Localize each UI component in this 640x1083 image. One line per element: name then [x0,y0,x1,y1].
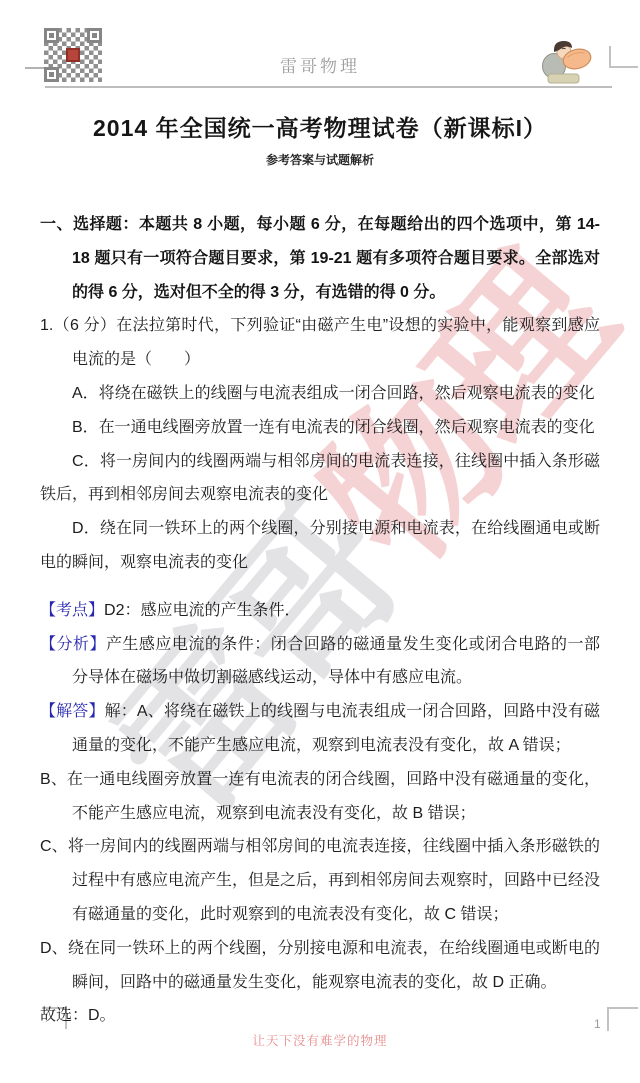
document-body: 2014 年全国统一高考物理试卷（新课标I） 参考答案与试题解析 一、选择题：本… [40,106,600,1033]
spacer [40,580,600,594]
solution-label: 【解答】 [40,703,105,720]
document-page: 雷哥物理 雷哥物理 2014 年全国统一高考物理试卷（新课标I） 参考答案与试题… [0,0,640,1083]
mascot-illustration [541,35,593,85]
analysis-row: 【分析】产生感应电流的条件：闭合回路的磁通量发生变化或闭合电路的一部分导体在磁场… [40,628,600,696]
solution-conclusion: 故选：D。 [40,999,600,1033]
analysis-text: 产生感应电流的条件：闭合回路的磁通量发生变化或闭合电路的一部分导体在磁场中做切割… [72,636,600,687]
solution-item-b: B、在一通电线圈旁放置一连有电流表的闭合线圈，回路中没有磁通量的变化，不能产生感… [40,763,600,831]
question-option-a: A．将绕在磁铁上的线圈与电流表组成一闭合回路，然后观察电流表的变化 [40,377,600,411]
analysis-label: 【分析】 [40,636,106,653]
crop-mark-bottom-right [607,1007,609,1031]
qr-finder-icon [44,28,59,43]
crop-mark-bottom-right [607,1007,638,1009]
exam-point-row: 【考点】D2：感应电流的产生条件． [40,594,600,628]
question-option-c: C．将一房间内的线圈两端与相邻房间的电流表连接，往线圈中插入条形磁铁后，再到相邻… [40,445,600,513]
qr-finder-icon [87,28,102,43]
page-subtitle: 参考答案与试题解析 [40,151,600,168]
page-number: 1 [594,1017,601,1031]
exam-point-text: D2：感应电流的产生条件． [104,602,300,619]
section-intro: 一、选择题：本题共 8 小题，每小题 6 分，在每题给出的四个选项中，第 14-… [40,208,600,309]
exam-point-label: 【考点】 [40,602,104,619]
header-divider [45,86,612,88]
page-title: 2014 年全国统一高考物理试卷（新课标I） [40,110,600,143]
question-stem: 1.（6 分）在法拉第时代，下列验证“由磁产生电”设想的实验中，能观察到感应电流… [40,309,600,377]
question-option-d: D．绕在同一铁环上的两个线圈，分别接电源和电流表，在给线圈通电或断电的瞬间，观察… [40,512,600,580]
question-option-b: B．在一通电线圈旁放置一连有电流表的闭合线圈，然后观察电流表的变化 [40,411,600,445]
solution-row: 【解答】解：A、将绕在磁铁上的线圈与电流表组成一闭合回路，回路中没有磁通量的变化… [40,695,600,763]
solution-item-d: D、绕在同一铁环上的两个线圈，分别接电源和电流表，在给线圈通电或断电的瞬间，回路… [40,932,600,1000]
footer-slogan: 让天下没有难学的物理 [0,1031,640,1049]
solution-item-c: C、将一房间内的线圈两端与相邻房间的电流表连接，往线圈中插入条形磁铁的过程中有感… [40,830,600,931]
solution-lead-text: 解：A、将绕在磁铁上的线圈与电流表组成一闭合回路，回路中没有磁通量的变化，不能产… [72,703,600,754]
